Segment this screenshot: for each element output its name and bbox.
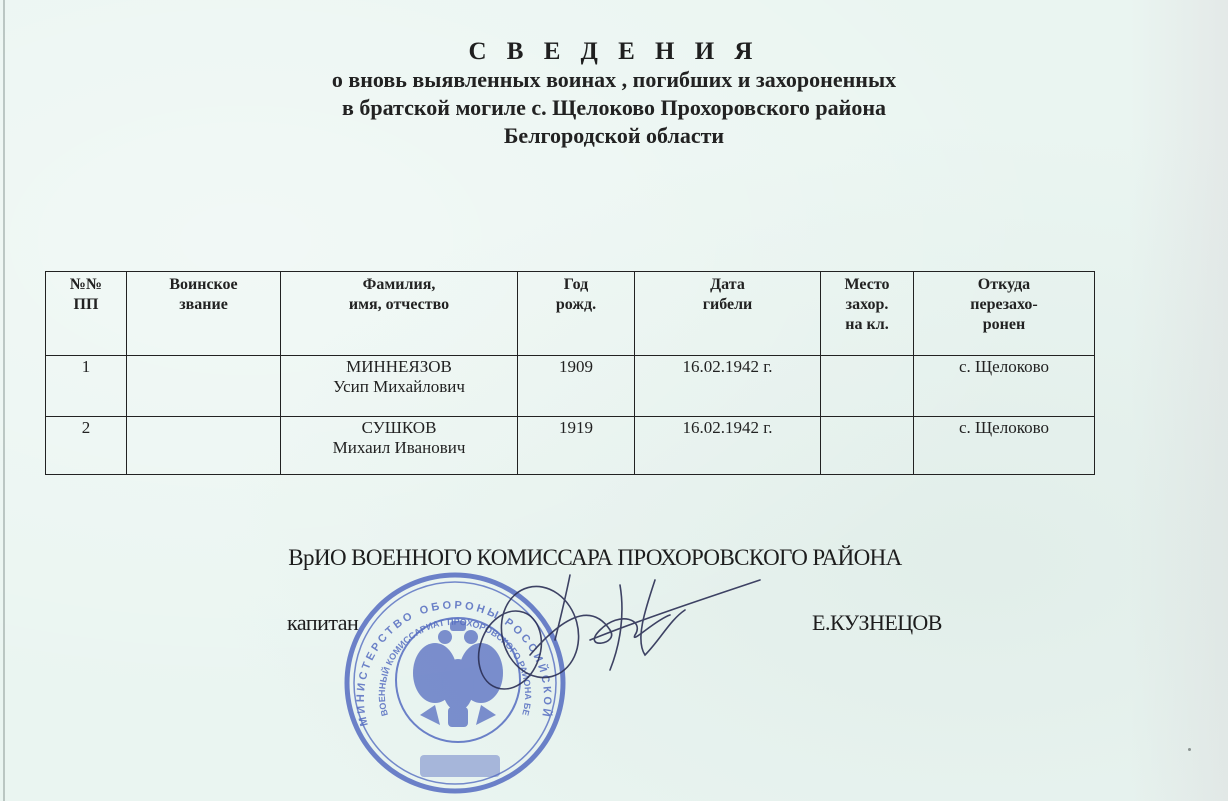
scan-speck: [1188, 748, 1191, 751]
column-header-reburied-from: Откуда перезахо- ронен: [914, 272, 1095, 356]
document-subtitle-line-3: Белгородской области: [0, 122, 1228, 150]
document-subtitle-line-2: в братской могиле с. Щелоково Прохоровск…: [0, 94, 1228, 122]
surname: СУШКОВ: [281, 418, 517, 438]
cell-reburied-from: с. Щелоково: [914, 417, 1095, 475]
table-header-row: №№ ПП Воинское звание Фамилия, имя, отче…: [46, 272, 1095, 356]
column-header-full-name: Фамилия, имя, отчество: [281, 272, 518, 356]
signatory-name: Е.КУЗНЕЦОВ: [812, 610, 942, 636]
column-header-number: №№ ПП: [46, 272, 127, 356]
handwritten-signature-icon: [470, 560, 770, 700]
cell-number: 1: [46, 356, 127, 417]
cell-rank: [127, 417, 281, 475]
surname: МИННЕЯЗОВ: [281, 357, 517, 377]
name-patronymic: Усип Михайлович: [281, 377, 517, 397]
document-title: С В Е Д Е Н И Я: [0, 38, 1228, 66]
column-header-birth-year: Год рожд.: [518, 272, 635, 356]
cell-birth-year: 1909: [518, 356, 635, 417]
cell-number: 2: [46, 417, 127, 475]
document-title-block: С В Е Д Е Н И Я о вновь выявленных воина…: [0, 38, 1228, 150]
cell-death-date: 16.02.1942 г.: [635, 417, 821, 475]
column-header-death-date: Дата гибели: [635, 272, 821, 356]
cell-death-date: 16.02.1942 г.: [635, 356, 821, 417]
table-row: 1 МИННЕЯЗОВ Усип Михайлович 1909 16.02.1…: [46, 356, 1095, 417]
cell-full-name: МИННЕЯЗОВ Усип Михайлович: [281, 356, 518, 417]
cell-birth-year: 1919: [518, 417, 635, 475]
cell-full-name: СУШКОВ Михаил Иванович: [281, 417, 518, 475]
table-row: 2 СУШКОВ Михаил Иванович 1919 16.02.1942…: [46, 417, 1095, 475]
cell-burial-place: [821, 417, 914, 475]
signatory-rank: капитан: [287, 610, 358, 636]
column-header-burial-place: Место захор. на кл.: [821, 272, 914, 356]
cell-reburied-from: с. Щелоково: [914, 356, 1095, 417]
column-header-rank: Воинское звание: [127, 272, 281, 356]
cell-rank: [127, 356, 281, 417]
burial-records-table: №№ ПП Воинское звание Фамилия, имя, отче…: [45, 271, 1095, 475]
cell-burial-place: [821, 356, 914, 417]
document-subtitle-line-1: о вновь выявленных воинах , погибших и з…: [0, 66, 1228, 94]
name-patronymic: Михаил Иванович: [281, 438, 517, 458]
